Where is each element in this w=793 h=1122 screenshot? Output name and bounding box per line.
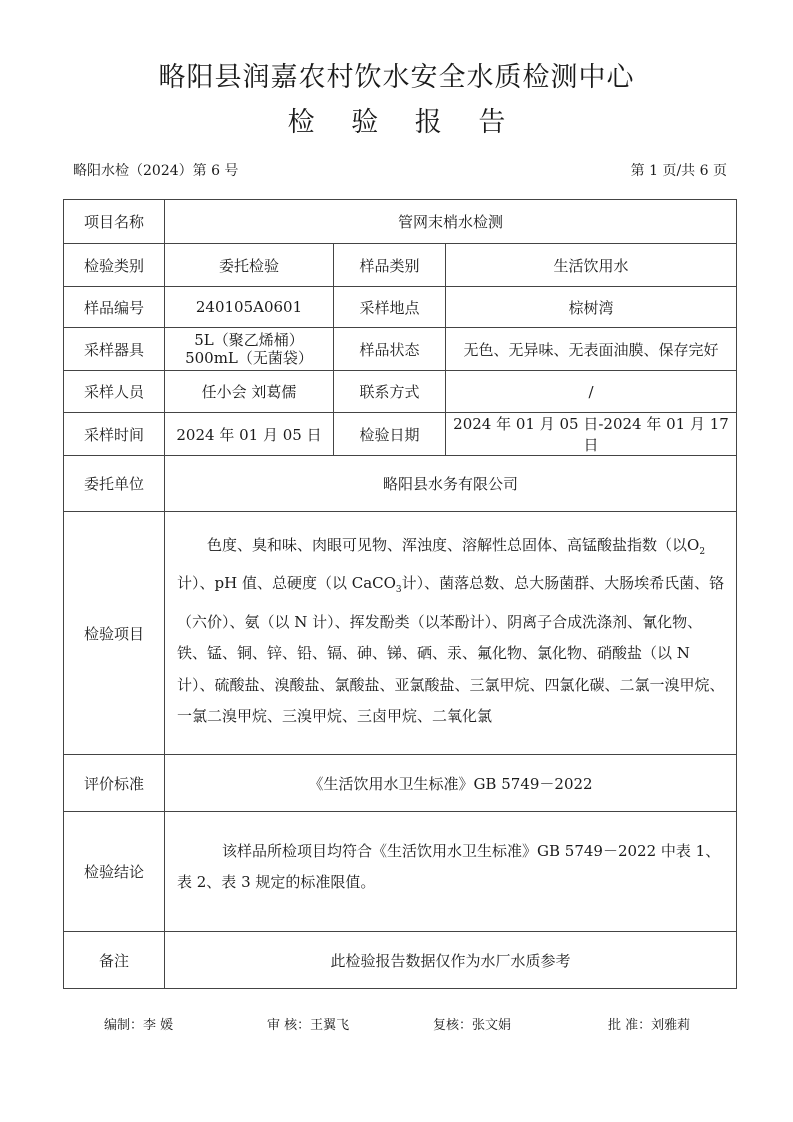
sampling-equipment-line1: 5L（聚乙烯桶）	[171, 331, 327, 349]
row-sampling-equipment: 采样器具 5L（聚乙烯桶） 500mL（无菌袋） 样品状态 无色、无异味、无表面…	[64, 328, 737, 371]
row-items: 检验项目 色度、臭和味、肉眼可见物、浑浊度、溶解性总固体、高锰酸盐指数（以O2计…	[64, 512, 737, 755]
row-sampling-time: 采样时间 2024 年 01 月 05 日 检验日期 2024 年 01 月 0…	[64, 413, 737, 456]
row-inspection-type: 检验类别 委托检验 样品类别 生活饮用水	[64, 244, 737, 287]
sampling-equipment-line2: 500mL（无菌袋）	[171, 349, 327, 367]
client-label: 委托单位	[64, 456, 165, 512]
row-client: 委托单位 略阳县水务有限公司	[64, 456, 737, 512]
sample-id-label: 样品编号	[64, 287, 165, 328]
contact-label: 联系方式	[334, 371, 446, 413]
conclusion-label: 检验结论	[64, 812, 165, 932]
project-name-value: 管网末梢水检测	[165, 200, 737, 244]
contact-value: /	[446, 371, 737, 413]
items-text-2: 计）、pH 值、总硬度（以 CaCO	[177, 574, 396, 592]
samplers-value: 任小会 刘葛儒	[165, 371, 334, 413]
standard-value: 《生活饮用水卫生标准》GB 5749－2022	[165, 755, 737, 812]
row-project-name: 项目名称 管网末梢水检测	[64, 200, 737, 244]
conclusion-text: 该样品所检项目均符合《生活饮用水卫生标准》GB 5749－2022 中表 1、表…	[177, 842, 720, 891]
sampling-site-value: 棕树湾	[446, 287, 737, 328]
org-title: 略阳县润嘉农村饮水安全水质检测中心	[0, 55, 793, 94]
inspection-date-value: 2024 年 01 月 05 日-2024 年 01 月 17 日	[446, 413, 737, 456]
row-conclusion: 检验结论 该样品所检项目均符合《生活饮用水卫生标准》GB 5749－2022 中…	[64, 812, 737, 932]
page-info: 第 1 页/共 6 页	[631, 160, 727, 180]
sampling-time-value: 2024 年 01 月 05 日	[165, 413, 334, 456]
sampling-site-label: 采样地点	[334, 287, 446, 328]
sample-type-value: 生活饮用水	[446, 244, 737, 287]
samplers-label: 采样人员	[64, 371, 165, 413]
sampling-time-label: 采样时间	[64, 413, 165, 456]
row-samplers: 采样人员 任小会 刘葛儒 联系方式 /	[64, 371, 737, 413]
sample-condition-value: 无色、无异味、无表面油膜、保存完好	[446, 328, 737, 371]
inspection-type-value: 委托检验	[165, 244, 334, 287]
sample-id-value: 240105A0601	[165, 287, 334, 328]
report-number: 略阳水检（2024）第 6 号	[73, 160, 238, 180]
signature-rechecked: 复核：张文娟	[433, 1014, 511, 1033]
client-value: 略阳县水务有限公司	[165, 456, 737, 512]
signature-prepared: 编制：李 媛	[104, 1014, 173, 1033]
items-value: 色度、臭和味、肉眼可见物、浑浊度、溶解性总固体、高锰酸盐指数（以O2计）、pH …	[165, 512, 737, 755]
row-standard: 评价标准 《生活饮用水卫生标准》GB 5749－2022	[64, 755, 737, 812]
doc-title: 检 验 报 告	[0, 100, 793, 139]
row-remarks: 备注 此检验报告数据仅作为水厂水质参考	[64, 932, 737, 989]
sampling-equipment-label: 采样器具	[64, 328, 165, 371]
sampling-equipment-value: 5L（聚乙烯桶） 500mL（无菌袋）	[165, 328, 334, 371]
inspection-type-label: 检验类别	[64, 244, 165, 287]
items-text-3: 计）、菌落总数、总大肠菌群、大肠埃希氏菌、铬（六价）、氨（以 N 计）、挥发酚类…	[177, 574, 725, 725]
items-label: 检验项目	[64, 512, 165, 755]
remarks-label: 备注	[64, 932, 165, 989]
sample-type-label: 样品类别	[334, 244, 446, 287]
conclusion-value: 该样品所检项目均符合《生活饮用水卫生标准》GB 5749－2022 中表 1、表…	[165, 812, 737, 932]
row-sample-id: 样品编号 240105A0601 采样地点 棕树湾	[64, 287, 737, 328]
remarks-value: 此检验报告数据仅作为水厂水质参考	[165, 932, 737, 989]
signature-approved: 批 准：刘雅莉	[608, 1014, 690, 1033]
report-table: 项目名称 管网末梢水检测 检验类别 委托检验 样品类别 生活饮用水 样品编号 2…	[63, 199, 737, 989]
standard-label: 评价标准	[64, 755, 165, 812]
signature-reviewed: 审 核：王翼飞	[267, 1014, 349, 1033]
project-name-label: 项目名称	[64, 200, 165, 244]
items-sub-1: 2	[699, 547, 705, 557]
sample-condition-label: 样品状态	[334, 328, 446, 371]
items-text-1: 色度、臭和味、肉眼可见物、浑浊度、溶解性总固体、高锰酸盐指数（以O	[207, 536, 699, 554]
inspection-date-label: 检验日期	[334, 413, 446, 456]
